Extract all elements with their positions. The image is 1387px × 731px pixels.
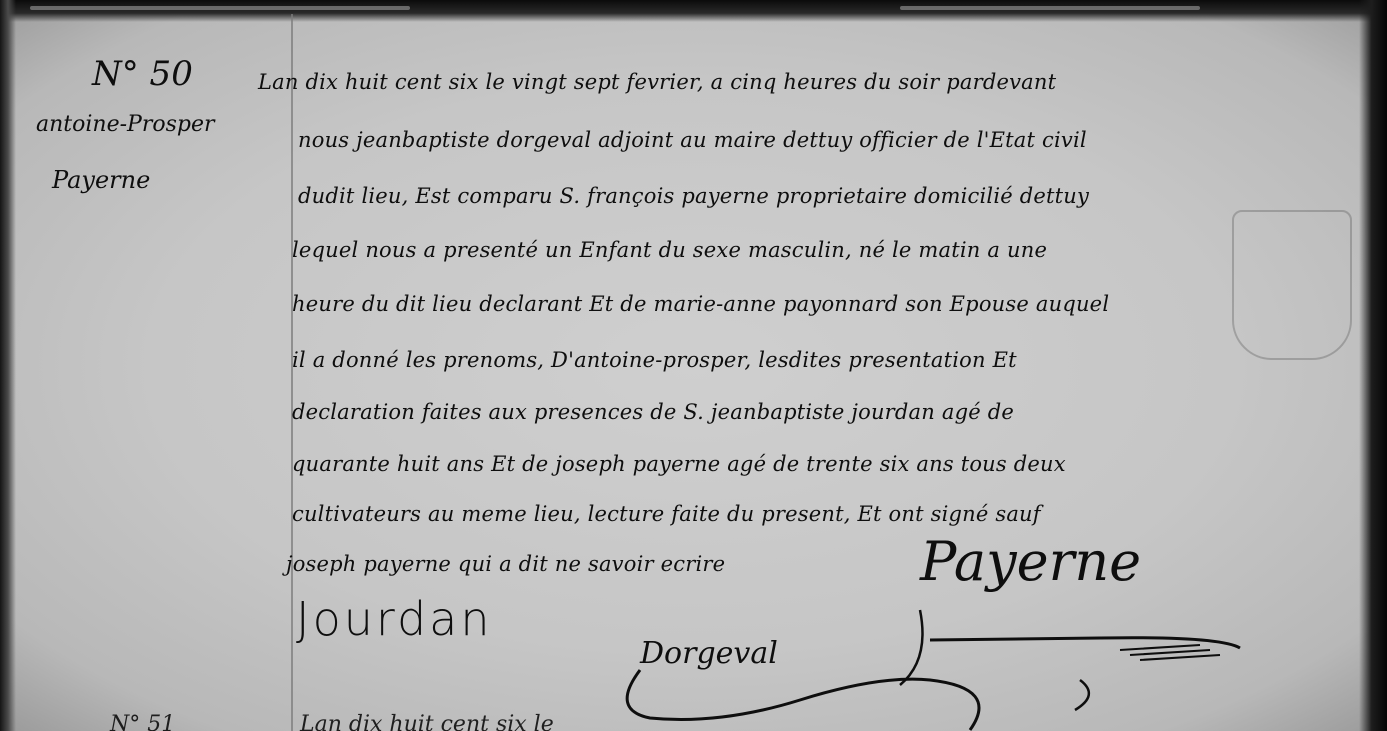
child-surname: Payerne (52, 166, 150, 194)
body-line: joseph payerne qui a dit ne savoir ecrir… (286, 552, 725, 576)
faded-stamp (1232, 210, 1352, 360)
body-line: cultivateurs au meme lieu, lecture faite… (292, 502, 1041, 526)
page-top-edge (0, 0, 1387, 22)
body-line: declaration faites aux presences de S. j… (292, 400, 1014, 424)
body-line: il a donné les prenoms, D'antoine-prospe… (292, 348, 1017, 372)
signature-flourish (600, 600, 1300, 731)
entry-number: N° 50 (92, 54, 193, 94)
signature-father: Payerne (920, 530, 1141, 593)
page-left-edge (0, 0, 16, 731)
body-line: Lan dix huit cent six le vingt sept fevr… (258, 70, 1056, 94)
margin-rule (291, 14, 293, 731)
body-line: dudit lieu, Est comparu S. françois paye… (298, 184, 1089, 208)
body-line: nous jeanbaptiste dorgeval adjoint au ma… (298, 128, 1087, 152)
page-right-edge (1359, 0, 1387, 731)
body-line: quarante huit ans Et de joseph payerne a… (292, 452, 1066, 476)
body-line: lequel nous a presenté un Enfant du sexe… (292, 238, 1047, 262)
registry-page: N° 50 antoine-Prosper Payerne Lan dix hu… (0, 0, 1387, 731)
signature-witness: Jourdan (296, 592, 493, 646)
body-line: heure du dit lieu declarant Et de marie-… (292, 292, 1109, 316)
paper-fold (900, 6, 1200, 10)
next-entry-number: N° 51 (110, 712, 175, 731)
paper-fold (30, 6, 410, 10)
next-entry-first-line: Lan dix huit cent six le (300, 712, 554, 731)
child-given-names: antoine-Prosper (36, 112, 215, 137)
